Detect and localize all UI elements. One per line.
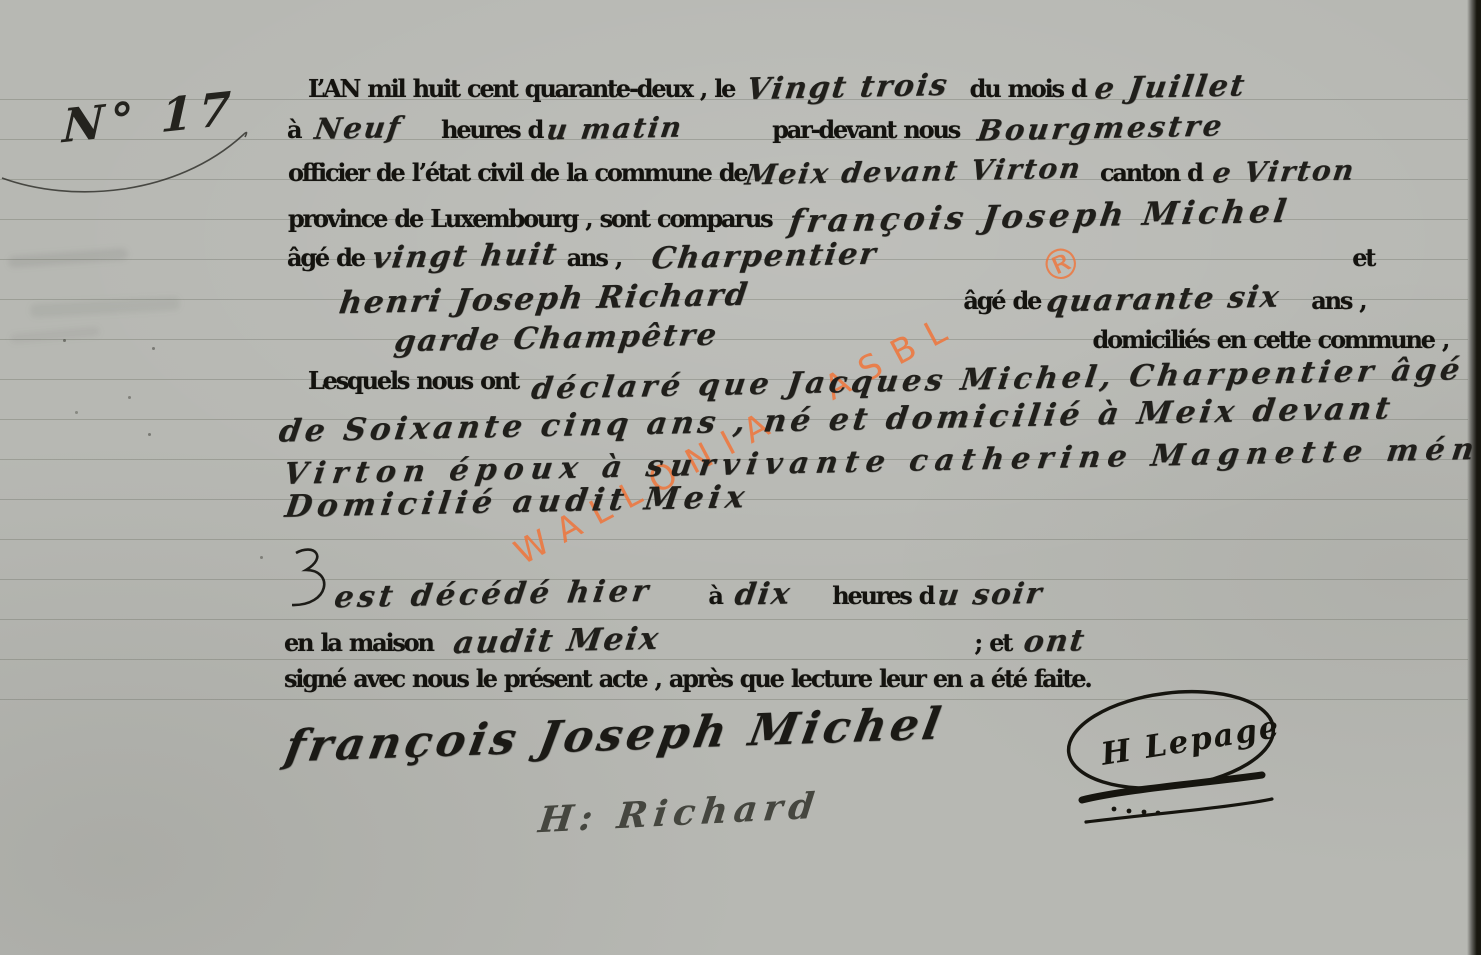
handwritten-entry-officer-title: Bourgmestre bbox=[975, 108, 1227, 147]
printed-form-text: province de Luxembourg , sont comparus bbox=[288, 204, 771, 233]
handwritten-entry-declarant2-occupation: garde Champêtre bbox=[392, 318, 720, 360]
form-line-4: province de Luxembourg , sont comparus f… bbox=[288, 197, 1290, 239]
handwritten-entry-ampm: u matin bbox=[545, 111, 686, 147]
handwritten-entry-declarant2-name: henri Joseph Richard bbox=[337, 277, 751, 322]
form-line-13: en la maison audit Meix ; et ont bbox=[284, 623, 1086, 665]
handwritten-entry-commune: Meix devant Virton bbox=[743, 151, 1084, 191]
printed-form-text: signé avec nous le présent acte , après … bbox=[284, 664, 1091, 693]
handwritten-entry-declarant1-occupation: Charpentier bbox=[649, 237, 879, 277]
handwritten-entry-ont: ont bbox=[1022, 623, 1089, 659]
signature-officer: H Lepage bbox=[1098, 709, 1283, 773]
handwritten-entry-death-date: est décédé hier bbox=[332, 574, 654, 616]
handwritten-entry-death-hour: dix bbox=[732, 576, 793, 612]
pen-paraph bbox=[272, 545, 336, 617]
handwritten-entry-residence: Domicilié audit Meix bbox=[283, 479, 752, 525]
printed-form-text: ans , bbox=[1311, 286, 1365, 315]
printed-form-text: officier de l’état civil de la commune d… bbox=[288, 158, 746, 187]
handwritten-entry-declarant1-name: françois Joseph Michel bbox=[787, 192, 1293, 240]
paper-specks bbox=[63, 339, 66, 342]
handwritten-entry-canton: e Virton bbox=[1210, 154, 1357, 190]
pen-flourish bbox=[0, 95, 280, 225]
printed-form-text: du mois d bbox=[970, 74, 1086, 103]
printed-form-text: et bbox=[1352, 243, 1374, 272]
form-line-10: Virton époux à survivante catherine Magn… bbox=[286, 443, 1481, 485]
handwritten-entry-declarant2-age: quarante six bbox=[1045, 280, 1283, 320]
form-line-11: Domicilié audit Meix bbox=[286, 484, 748, 526]
printed-form-text: âgé de bbox=[963, 286, 1040, 315]
handwritten-entry-day: Vingt trois bbox=[745, 68, 952, 107]
signature-officer-flourish: H Lepage bbox=[1056, 688, 1296, 838]
form-line-5: âgé de vingt huit ans , Charpentier et bbox=[287, 239, 1374, 281]
handwritten-entry-death-place: audit Meix bbox=[451, 621, 662, 661]
printed-form-text: âgé de bbox=[287, 243, 364, 272]
handwritten-entry-hour: Neuf bbox=[313, 110, 404, 146]
printed-form-text: à bbox=[708, 581, 721, 610]
form-line-6: henri Joseph Richard âgé de quarante six… bbox=[340, 281, 1365, 323]
death-record-scan: N° 17 WALLONIA ASBL ® L’AN mil huit cent… bbox=[0, 0, 1481, 955]
printed-form-text: Lesquels nous ont bbox=[308, 366, 518, 395]
form-line-12: est décédé hier à dix heures d u soir bbox=[335, 577, 1044, 619]
form-line-2: à Neuf heures d u matin par-devant nous … bbox=[287, 111, 1224, 153]
handwritten-entry-month: e Juillet bbox=[1092, 68, 1248, 106]
form-line-1: L’AN mil huit cent quarante-deux , le Vi… bbox=[308, 70, 1245, 112]
page-edge-shadow bbox=[1467, 0, 1481, 955]
printed-form-text: heures d bbox=[441, 115, 542, 144]
form-line-14: signé avec nous le présent acte , après … bbox=[284, 664, 1091, 706]
printed-form-text: ans , bbox=[567, 243, 621, 272]
form-line-3: officier de l’état civil de la commune d… bbox=[288, 155, 1355, 197]
printed-form-text: heures d bbox=[832, 581, 933, 610]
printed-form-text: à bbox=[287, 115, 300, 144]
printed-form-text: par-devant nous bbox=[772, 115, 959, 144]
printed-form-text: domiciliés en cette commune , bbox=[1093, 325, 1449, 354]
handwritten-entry-declarant1-age: vingt huit bbox=[370, 237, 560, 276]
signature-declarant-2: H: Richard bbox=[536, 785, 822, 842]
handwritten-entry-death-ampm: u soir bbox=[936, 576, 1046, 612]
printed-form-text: en la maison bbox=[284, 628, 433, 657]
printed-form-text: L’AN mil huit cent quarante-deux , le bbox=[308, 74, 734, 103]
printed-form-text: ; et bbox=[974, 628, 1011, 657]
printed-form-text: canton d bbox=[1100, 158, 1202, 187]
